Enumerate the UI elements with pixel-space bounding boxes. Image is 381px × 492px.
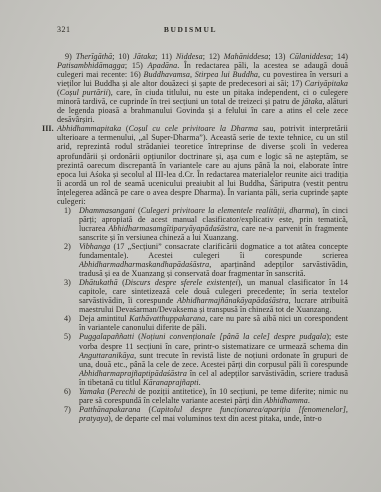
text-segment: .: [308, 396, 310, 405]
text-segment: Jātaka: [133, 52, 155, 61]
list-item: 7)Patthānapakarana (Capitolul despre fun…: [57, 405, 348, 423]
list-item: 1)Dhammasangani (Culegeri privitoare la …: [57, 206, 348, 242]
text-segment: Discurs despre sferele existenței: [125, 278, 238, 287]
list-marker: III.: [42, 124, 54, 133]
text-segment: Kāranaprajñapti: [143, 378, 199, 387]
text-segment: Cariyāpitaka: [305, 79, 348, 88]
text-segment: Cūlaniddesa: [289, 52, 330, 61]
text-segment: (17 „Secțiuni” consacrate clarificării d…: [79, 242, 348, 260]
text-segment: Patthānapakarana: [79, 405, 141, 414]
text-segment: Abhidhammapitaka: [57, 124, 121, 133]
list-marker: 3): [64, 278, 77, 287]
text-segment: Abhidharmaprajñaptipādaśāstra: [79, 369, 187, 378]
running-title: BUDISMUL: [0, 25, 381, 34]
text-segment: ; 13): [268, 52, 289, 61]
list-item: 4)Deja amintitul Kathāvatthuppakarana, c…: [57, 314, 348, 332]
text-segment: Abhidharmajñānakāyapādaśāstra: [177, 296, 289, 305]
text-segment: Anguttaranikāya: [79, 351, 134, 360]
text-segment: .: [199, 378, 201, 387]
text-segment: Yamaka: [79, 387, 105, 396]
text-segment: Patisambhidāmagga: [57, 61, 125, 70]
text-segment: Puggalapaññatti: [79, 332, 134, 341]
paragraph: 9) Therīgāthā; 10) Jātaka; 11) Niddesa; …: [57, 52, 348, 124]
text-segment: Culegeri privitoare la elementele realit…: [141, 206, 315, 215]
list-marker: 4): [64, 314, 77, 323]
text-segment: Dhammasangani: [79, 206, 135, 215]
text-segment: ; 15): [125, 61, 148, 70]
text-segment: Perechi: [110, 387, 135, 396]
text-segment: Buddhavamsa, Stirpea lui Buddha: [144, 70, 259, 79]
list-item: 6)Yamaka (Perechi de poziții antitetice)…: [57, 387, 348, 405]
text-segment: ; 11): [155, 52, 176, 61]
text-segment: ; 12): [203, 52, 224, 61]
text-segment: Noțiuni convenționale [până la cele] des…: [141, 332, 326, 341]
text-segment: Apadāna: [148, 61, 178, 70]
text-segment: ; 14): [331, 52, 348, 61]
text-segment: Deja amintitul: [79, 314, 129, 323]
text-segment: Dhātukathā: [79, 278, 118, 287]
text-segment: ), de departe cel mai voluminos text din…: [108, 414, 322, 423]
text-segment: ; 10): [112, 52, 133, 61]
list-item: 3)Dhātukathā (Discurs despre sferele exi…: [57, 278, 348, 314]
text-segment: Abhidharmadharmaskandhapādaśāstra: [79, 260, 209, 269]
list-marker: 5): [64, 332, 77, 341]
text-segment: Niddesa: [176, 52, 203, 61]
list-marker: 6): [64, 387, 77, 396]
text-segment: Kathāvatthuppakarana: [129, 314, 205, 323]
text-segment: (: [134, 332, 141, 341]
text-segment: Abhidharmasamgītiparyāyapādaśāstra: [108, 224, 237, 233]
text-segment: Coșul cu cele privitoare la Dharma: [129, 124, 258, 133]
list-marker: 7): [64, 405, 77, 414]
text-segment: jātaka: [302, 97, 323, 106]
list-marker: 1): [64, 206, 77, 215]
list-item: 5)Puggalapaññatti (Noțiuni convenționale…: [57, 332, 348, 386]
page-header: 321 BUDISMUL: [0, 25, 381, 37]
text-segment: Vibhanga: [79, 242, 110, 251]
text-block: 9) Therīgāthā; 10) Jātaka; 11) Niddesa; …: [57, 52, 348, 423]
text-segment: (: [141, 405, 152, 414]
list-marker: 2): [64, 242, 77, 251]
text-segment: 9): [65, 52, 76, 61]
book-page: 321 BUDISMUL 9) Therīgāthā; 10) Jātaka; …: [0, 0, 381, 492]
text-segment: sau, potrivit interpretării ulterioare a…: [57, 124, 348, 205]
list-item: III.Abhidhammapitaka (Coșul cu cele priv…: [57, 124, 348, 205]
text-segment: Coșul purtării: [60, 88, 108, 97]
text-segment: Mahāniddesa: [224, 52, 269, 61]
text-segment: (: [121, 124, 128, 133]
list-item: 2)Vibhanga (17 „Secțiuni” consacrate cla…: [57, 242, 348, 278]
text-segment: (: [118, 278, 125, 287]
text-segment: Therīgāthā: [76, 52, 112, 61]
text-segment: Abhidhamma: [264, 396, 308, 405]
